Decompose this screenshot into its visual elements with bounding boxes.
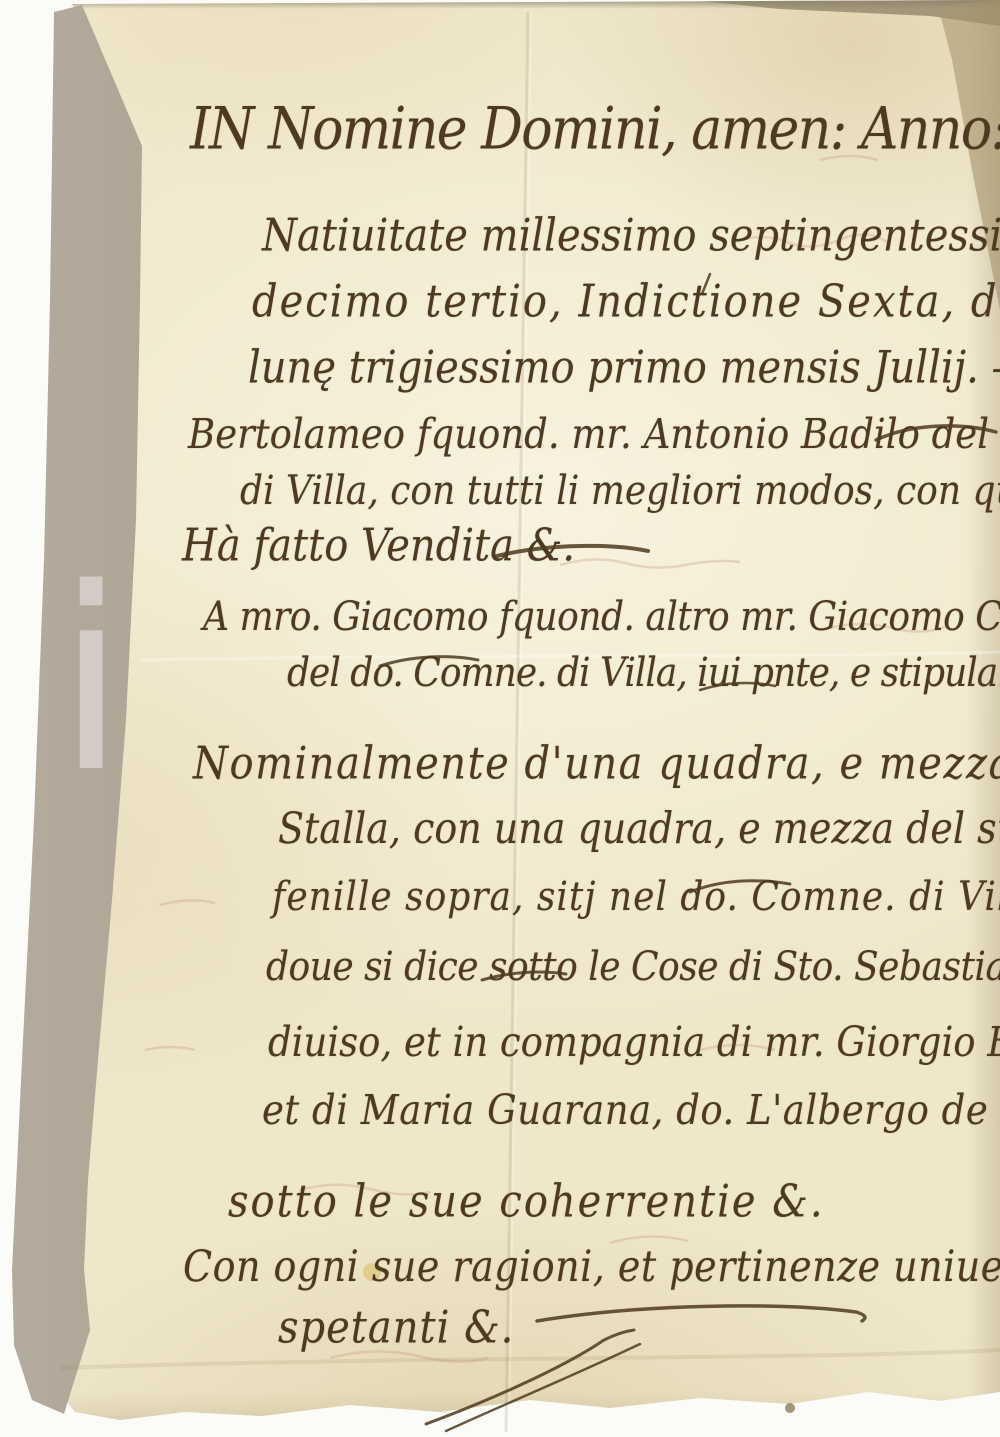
manuscript-line-17: Con ogni sue ragioni, et pertinenze uniu… (183, 1242, 1000, 1291)
manuscript-line-13: doue si dice sotto le Cose di Sto. Sebas… (266, 944, 1000, 990)
manuscript-line-11: Stalla, con una quadra, e mezza del suo (278, 804, 1000, 853)
manuscript-line-4: lunę trigiessimo primo mensis Jullij. — (248, 342, 1000, 394)
manuscript-line-10: Nominalmente d'una quadra, e mezza, d'un… (193, 738, 1000, 790)
manuscript-line-14: diuiso, et in compagnia di mr. Giorgio B… (268, 1018, 1000, 1066)
manuscript-line-16: sotto le sue coherrentie &. (228, 1176, 825, 1228)
manuscript-line-1: IN Nomine Domini, amen: Anno: ab eius (190, 96, 1000, 163)
manuscript-line-9: del do. Comne. di Villa, iui pnte, e sti… (287, 650, 1000, 696)
scanned-document: i (0, 0, 1000, 1437)
manuscript-line-15: et di Maria Guarana, do. L'albergo de Ba… (262, 1086, 1000, 1134)
manuscript-line-8: A mro. Giacomo fquond. altro mr. Giacomo… (203, 594, 1000, 640)
manuscript-line-6: di Villa, con tutti li megliori modos, c… (240, 468, 1000, 514)
manuscript-line-3: decimo tertio, Indictione Sexta, die (252, 276, 1000, 328)
manuscript-line-2: Natiuitate millessimo septingentessimo (262, 210, 1000, 262)
manuscript-line-18: spetanti &. (278, 1302, 514, 1354)
manuscript-line-12: fenille sopra, sitj nel do. Comne. di Vi… (272, 874, 1000, 920)
manuscript-line-7: Hà fatto Vendita &. (182, 520, 575, 572)
handwritten-text: IN Nomine Domini, amen: Anno: ab eius Na… (0, 0, 1000, 1437)
manuscript-line-5: Bertolameo fquond. mr. Antonio Badilo de… (188, 410, 1000, 458)
